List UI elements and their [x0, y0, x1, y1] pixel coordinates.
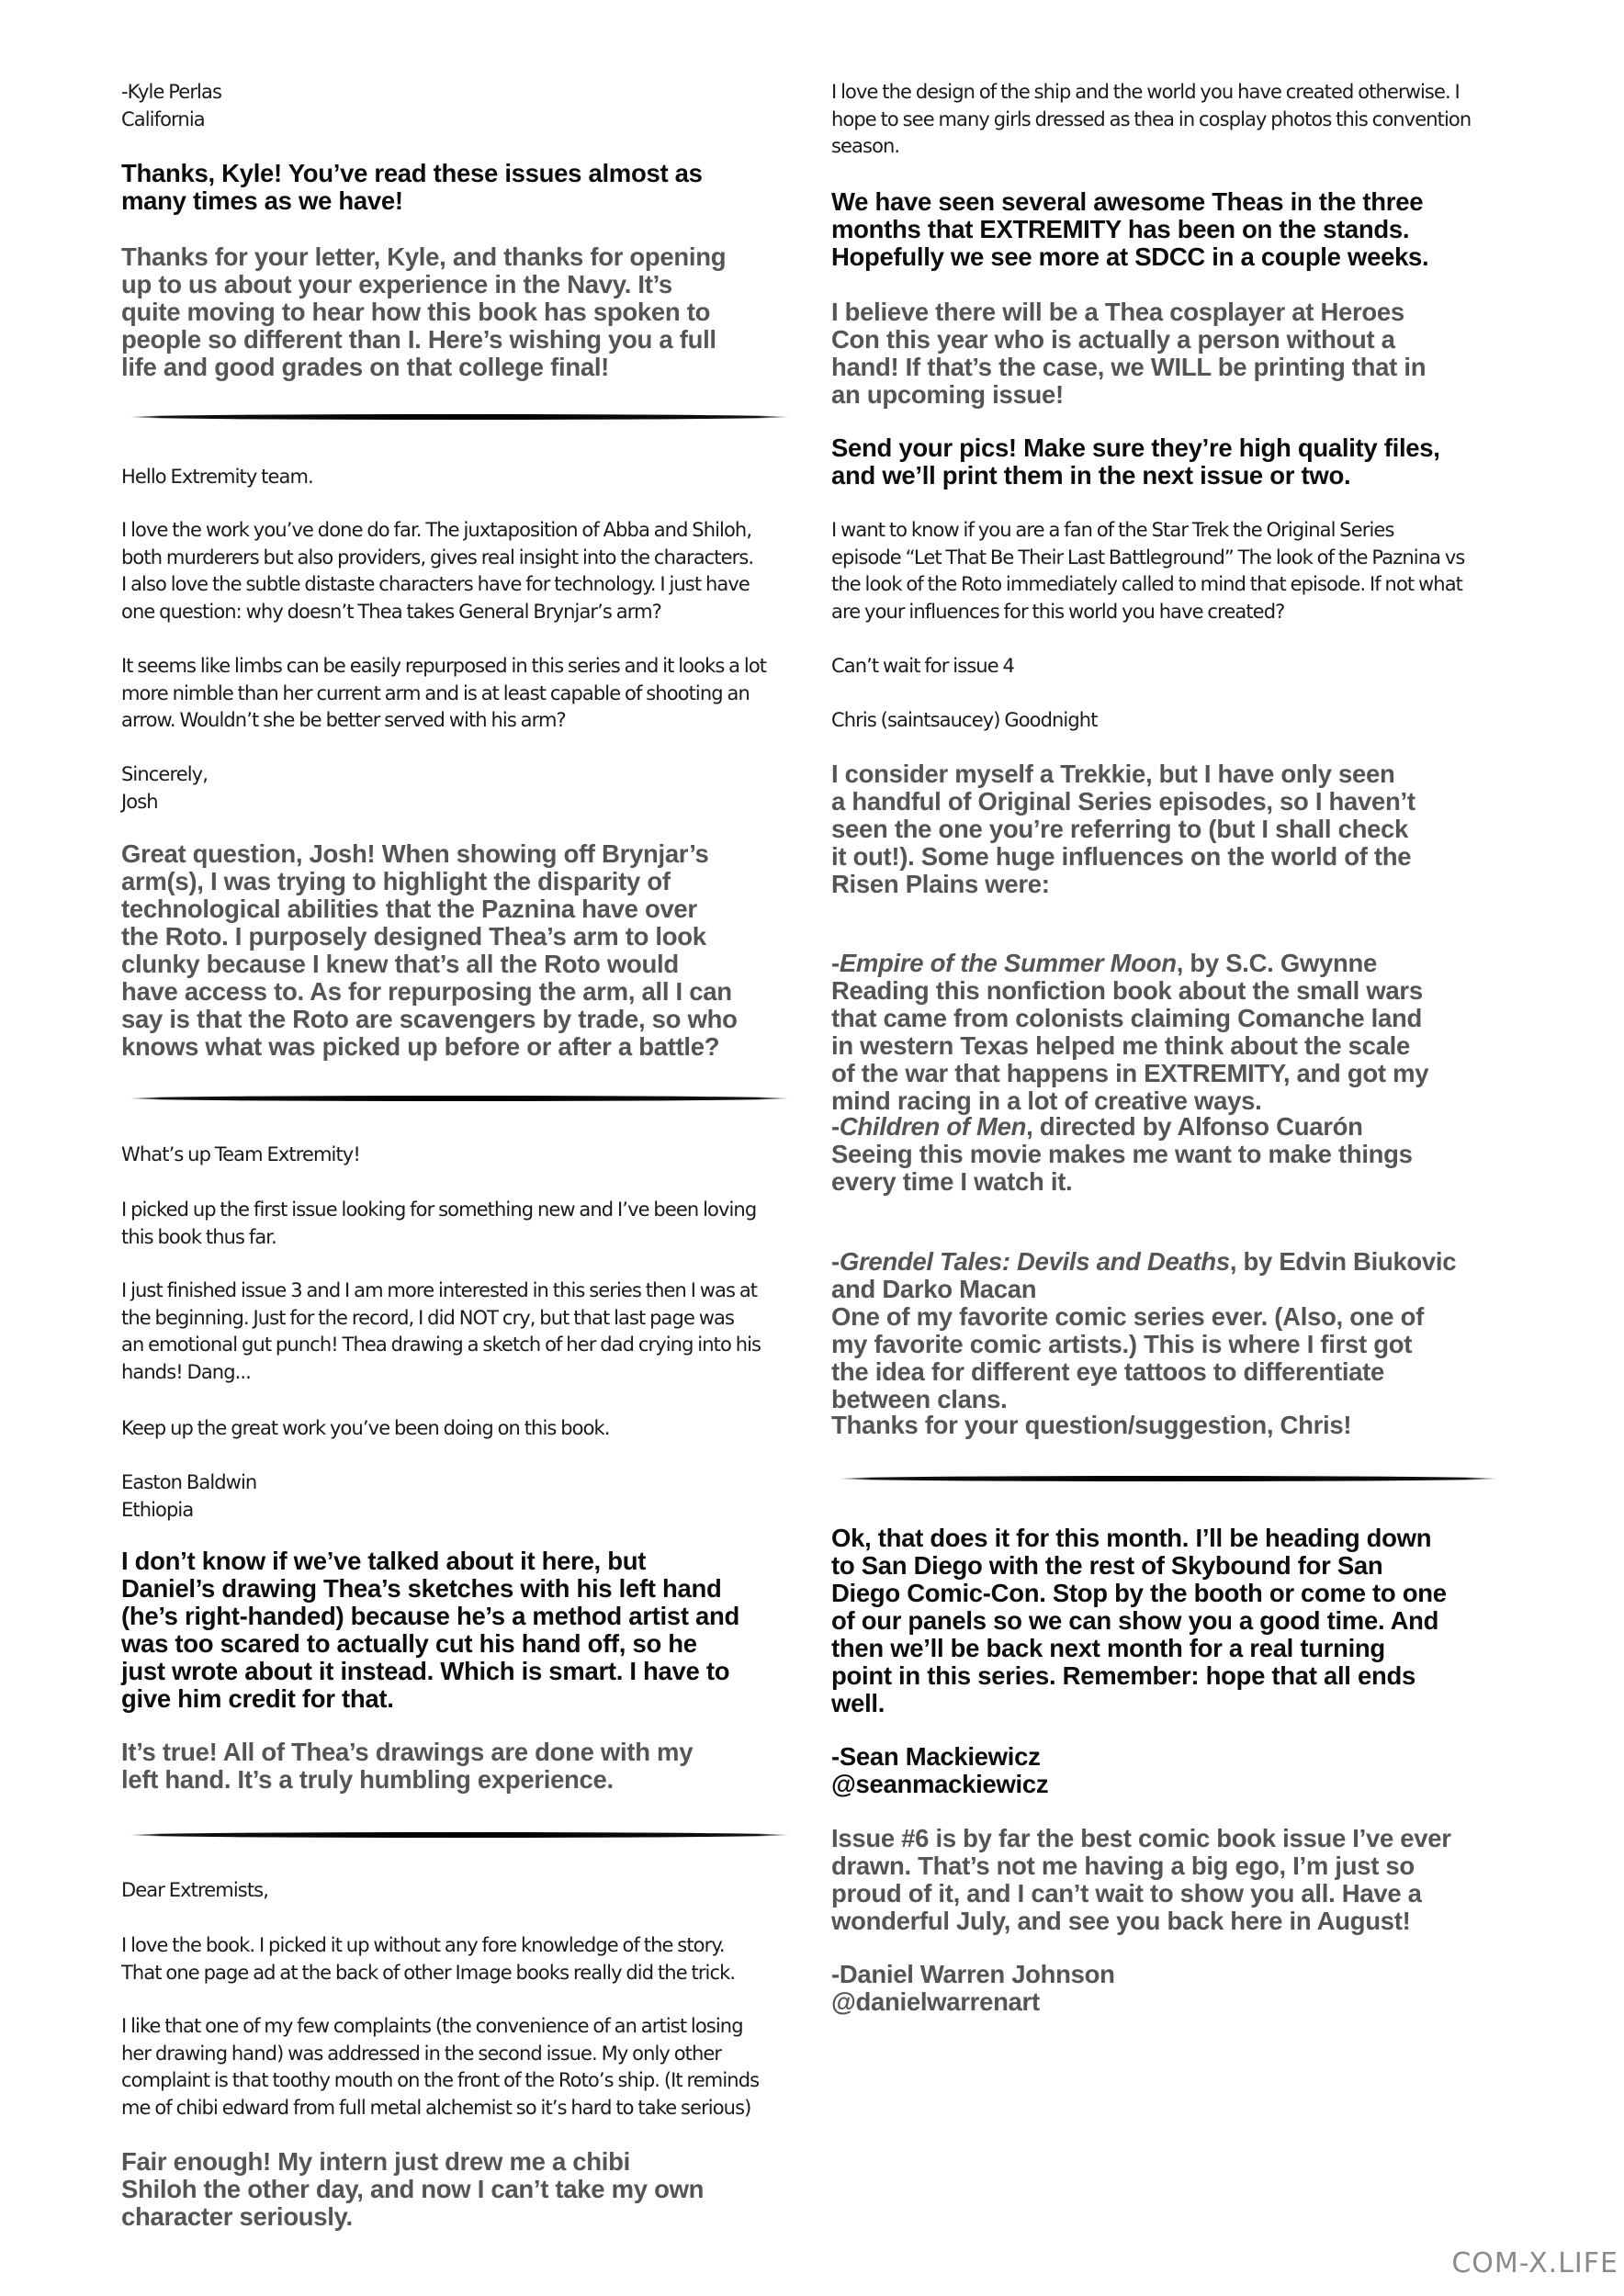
kyle-signature: -Kyle Perlas California	[121, 79, 792, 133]
sean-signature: -Sean Mackiewicz @seanmackiewicz	[831, 1743, 1511, 1798]
section-divider	[839, 1476, 1498, 1481]
chris-reply-thanks: Thanks for your question/suggestion, Chr…	[831, 1412, 1511, 1439]
josh-reply-artist: Great question, Josh! When showing off B…	[121, 840, 792, 1061]
cosplay-reply-editor-2: Send your pics! Make sure they’re high q…	[831, 434, 1511, 490]
influence-body: One of my favorite comic series ever. (A…	[831, 1303, 1511, 1413]
easton-paragraph-3: Keep up the great work you’ve been doing…	[121, 1415, 792, 1443]
chris-signature: Chris (saintsaucey) Goodnight	[831, 707, 1511, 735]
influence-title: Children of Men	[840, 1112, 1026, 1141]
easton-paragraph-1: I picked up the first issue looking for …	[121, 1197, 792, 1251]
site-watermark: COM-X.LIFE	[1451, 2247, 1618, 2279]
easton-reply-artist: It’s true! All of Thea’s drawings are do…	[121, 1739, 792, 1794]
continued-letter-paragraph: I love the design of the ship and the wo…	[831, 79, 1511, 161]
josh-paragraph-1: I love the work you’ve done do far. The …	[121, 517, 792, 625]
kyle-reply-editor: Thanks, Kyle! You’ve read these issues a…	[121, 160, 792, 215]
daniel-closing-message: Issue #6 is by far the best comic book i…	[831, 1825, 1511, 1935]
extremists-paragraph-2: I like that one of my few complaints (th…	[121, 2013, 792, 2122]
extremists-paragraph-1: I love the book. I picked it up without …	[121, 1932, 792, 1986]
extremists-greeting: Dear Extremists,	[121, 1877, 792, 1905]
easton-reply-editor: I don’t know if we’ve talked about it he…	[121, 1548, 792, 1713]
kyle-reply-artist: Thanks for your letter, Kyle, and thanks…	[121, 243, 792, 381]
sean-closing-message: Ok, that does it for this month. I’ll be…	[831, 1525, 1511, 1717]
influence-title: Grendel Tales: Devils and Deaths	[840, 1247, 1230, 1276]
cosplay-reply-artist: I believe there will be a Thea cosplayer…	[831, 298, 1511, 409]
section-divider	[129, 414, 790, 420]
section-divider	[129, 1832, 790, 1838]
chris-paragraph-2: Can’t wait for issue 4	[831, 653, 1511, 681]
easton-paragraph-2: I just finished issue 3 and I am more in…	[121, 1277, 792, 1386]
section-divider	[129, 1096, 790, 1101]
cosplay-reply-editor: We have seen several awesome Theas in th…	[831, 188, 1511, 271]
influence-body: Seeing this movie makes me want to make …	[831, 1141, 1511, 1196]
influence-item: -Grendel Tales: Devils and Deaths, by Ed…	[831, 1221, 1511, 1441]
easton-greeting: What’s up Team Extremity!	[121, 1142, 792, 1169]
easton-signature: Easton Baldwin Ethiopia	[121, 1469, 792, 1524]
extremists-reply-artist: Fair enough! My intern just drew me a ch…	[121, 2148, 792, 2231]
influence-title: Empire of the Summer Moon	[840, 949, 1177, 977]
josh-greeting: Hello Extremity team.	[121, 464, 792, 491]
chris-paragraph-1: I want to know if you are a fan of the S…	[831, 517, 1511, 625]
chris-reply-intro: I consider myself a Trekkie, but I have …	[831, 760, 1511, 898]
influence-item: -Children of Men, directed by Alfonso Cu…	[831, 1086, 1511, 1223]
josh-paragraph-2: It seems like limbs can be easily repurp…	[121, 653, 792, 735]
letters-page: -Kyle Perlas California Thanks, Kyle! Yo…	[0, 0, 1624, 2296]
daniel-signature: -Daniel Warren Johnson @danielwarrenart	[831, 1961, 1511, 2016]
josh-signature: Sincerely, Josh	[121, 761, 792, 816]
